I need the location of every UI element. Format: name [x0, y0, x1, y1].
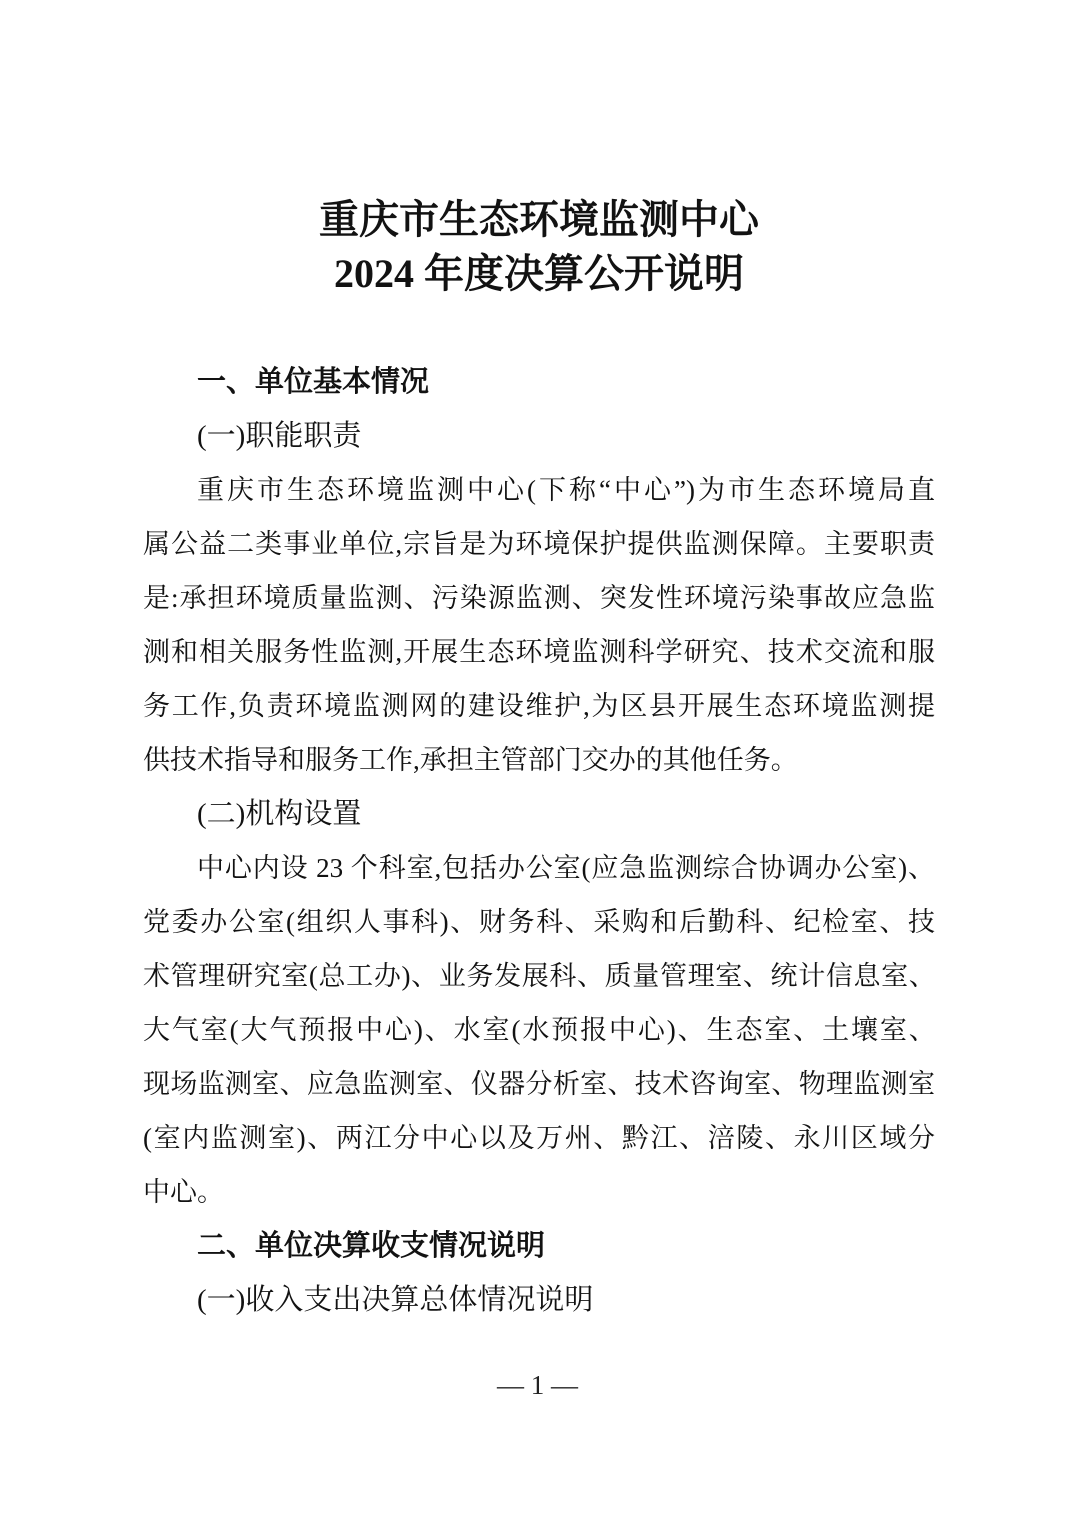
paragraph-2-line: 术管理研究室(总工办)、业务发展科、质量管理室、统计信息室、	[143, 949, 935, 1003]
document-page: 重庆市生态环境监测中心 2024 年度决算公开说明 一、单位基本情况 (一)职能…	[0, 0, 1075, 1520]
paragraph-2-line: (室内监测室)、两江分中心以及万州、黔江、涪陵、永川区域分	[143, 1111, 935, 1165]
page-number: — 1 —	[0, 1358, 1075, 1412]
document-body: 重庆市生态环境监测中心 2024 年度决算公开说明 一、单位基本情况 (一)职能…	[143, 193, 935, 1327]
paragraph-1-line: 供技术指导和服务工作,承担主管部门交办的其他任务。	[143, 733, 935, 787]
document-title-line-2: 2024 年度决算公开说明	[143, 247, 935, 301]
document-title-line-1: 重庆市生态环境监测中心	[143, 193, 935, 247]
section-2-sub-1-heading: (一)收入支出决算总体情况说明	[143, 1273, 935, 1327]
section-2-heading: 二、单位决算收支情况说明	[143, 1219, 935, 1273]
paragraph-2-line: 大气室(大气预报中心)、水室(水预报中心)、生态室、土壤室、	[143, 1003, 935, 1057]
title-gap	[143, 301, 935, 355]
paragraph-1-line: 务工作,负责环境监测网的建设维护,为区县开展生态环境监测提	[143, 679, 935, 733]
paragraph-2-line: 党委办公室(组织人事科)、财务科、采购和后勤科、纪检室、技	[143, 895, 935, 949]
section-1-sub-1-heading: (一)职能职责	[143, 409, 935, 463]
section-1-heading: 一、单位基本情况	[143, 355, 935, 409]
paragraph-1-line: 测和相关服务性监测,开展生态环境监测科学研究、技术交流和服	[143, 625, 935, 679]
paragraph-2-line: 现场监测室、应急监测室、仪器分析室、技术咨询室、物理监测室	[143, 1057, 935, 1111]
paragraph-1-line: 属公益二类事业单位,宗旨是为环境保护提供监测保障。主要职责	[143, 517, 935, 571]
paragraph-1-line: 是:承担环境质量监测、污染源监测、突发性环境污染事故应急监	[143, 571, 935, 625]
paragraph-2-line: 中心。	[143, 1165, 935, 1219]
paragraph-2-line: 中心内设 23 个科室,包括办公室(应急监测综合协调办公室)、	[143, 841, 935, 895]
paragraph-1-line: 重庆市生态环境监测中心(下称“中心”)为市生态环境局直	[143, 463, 935, 517]
section-1-sub-2-heading: (二)机构设置	[143, 787, 935, 841]
